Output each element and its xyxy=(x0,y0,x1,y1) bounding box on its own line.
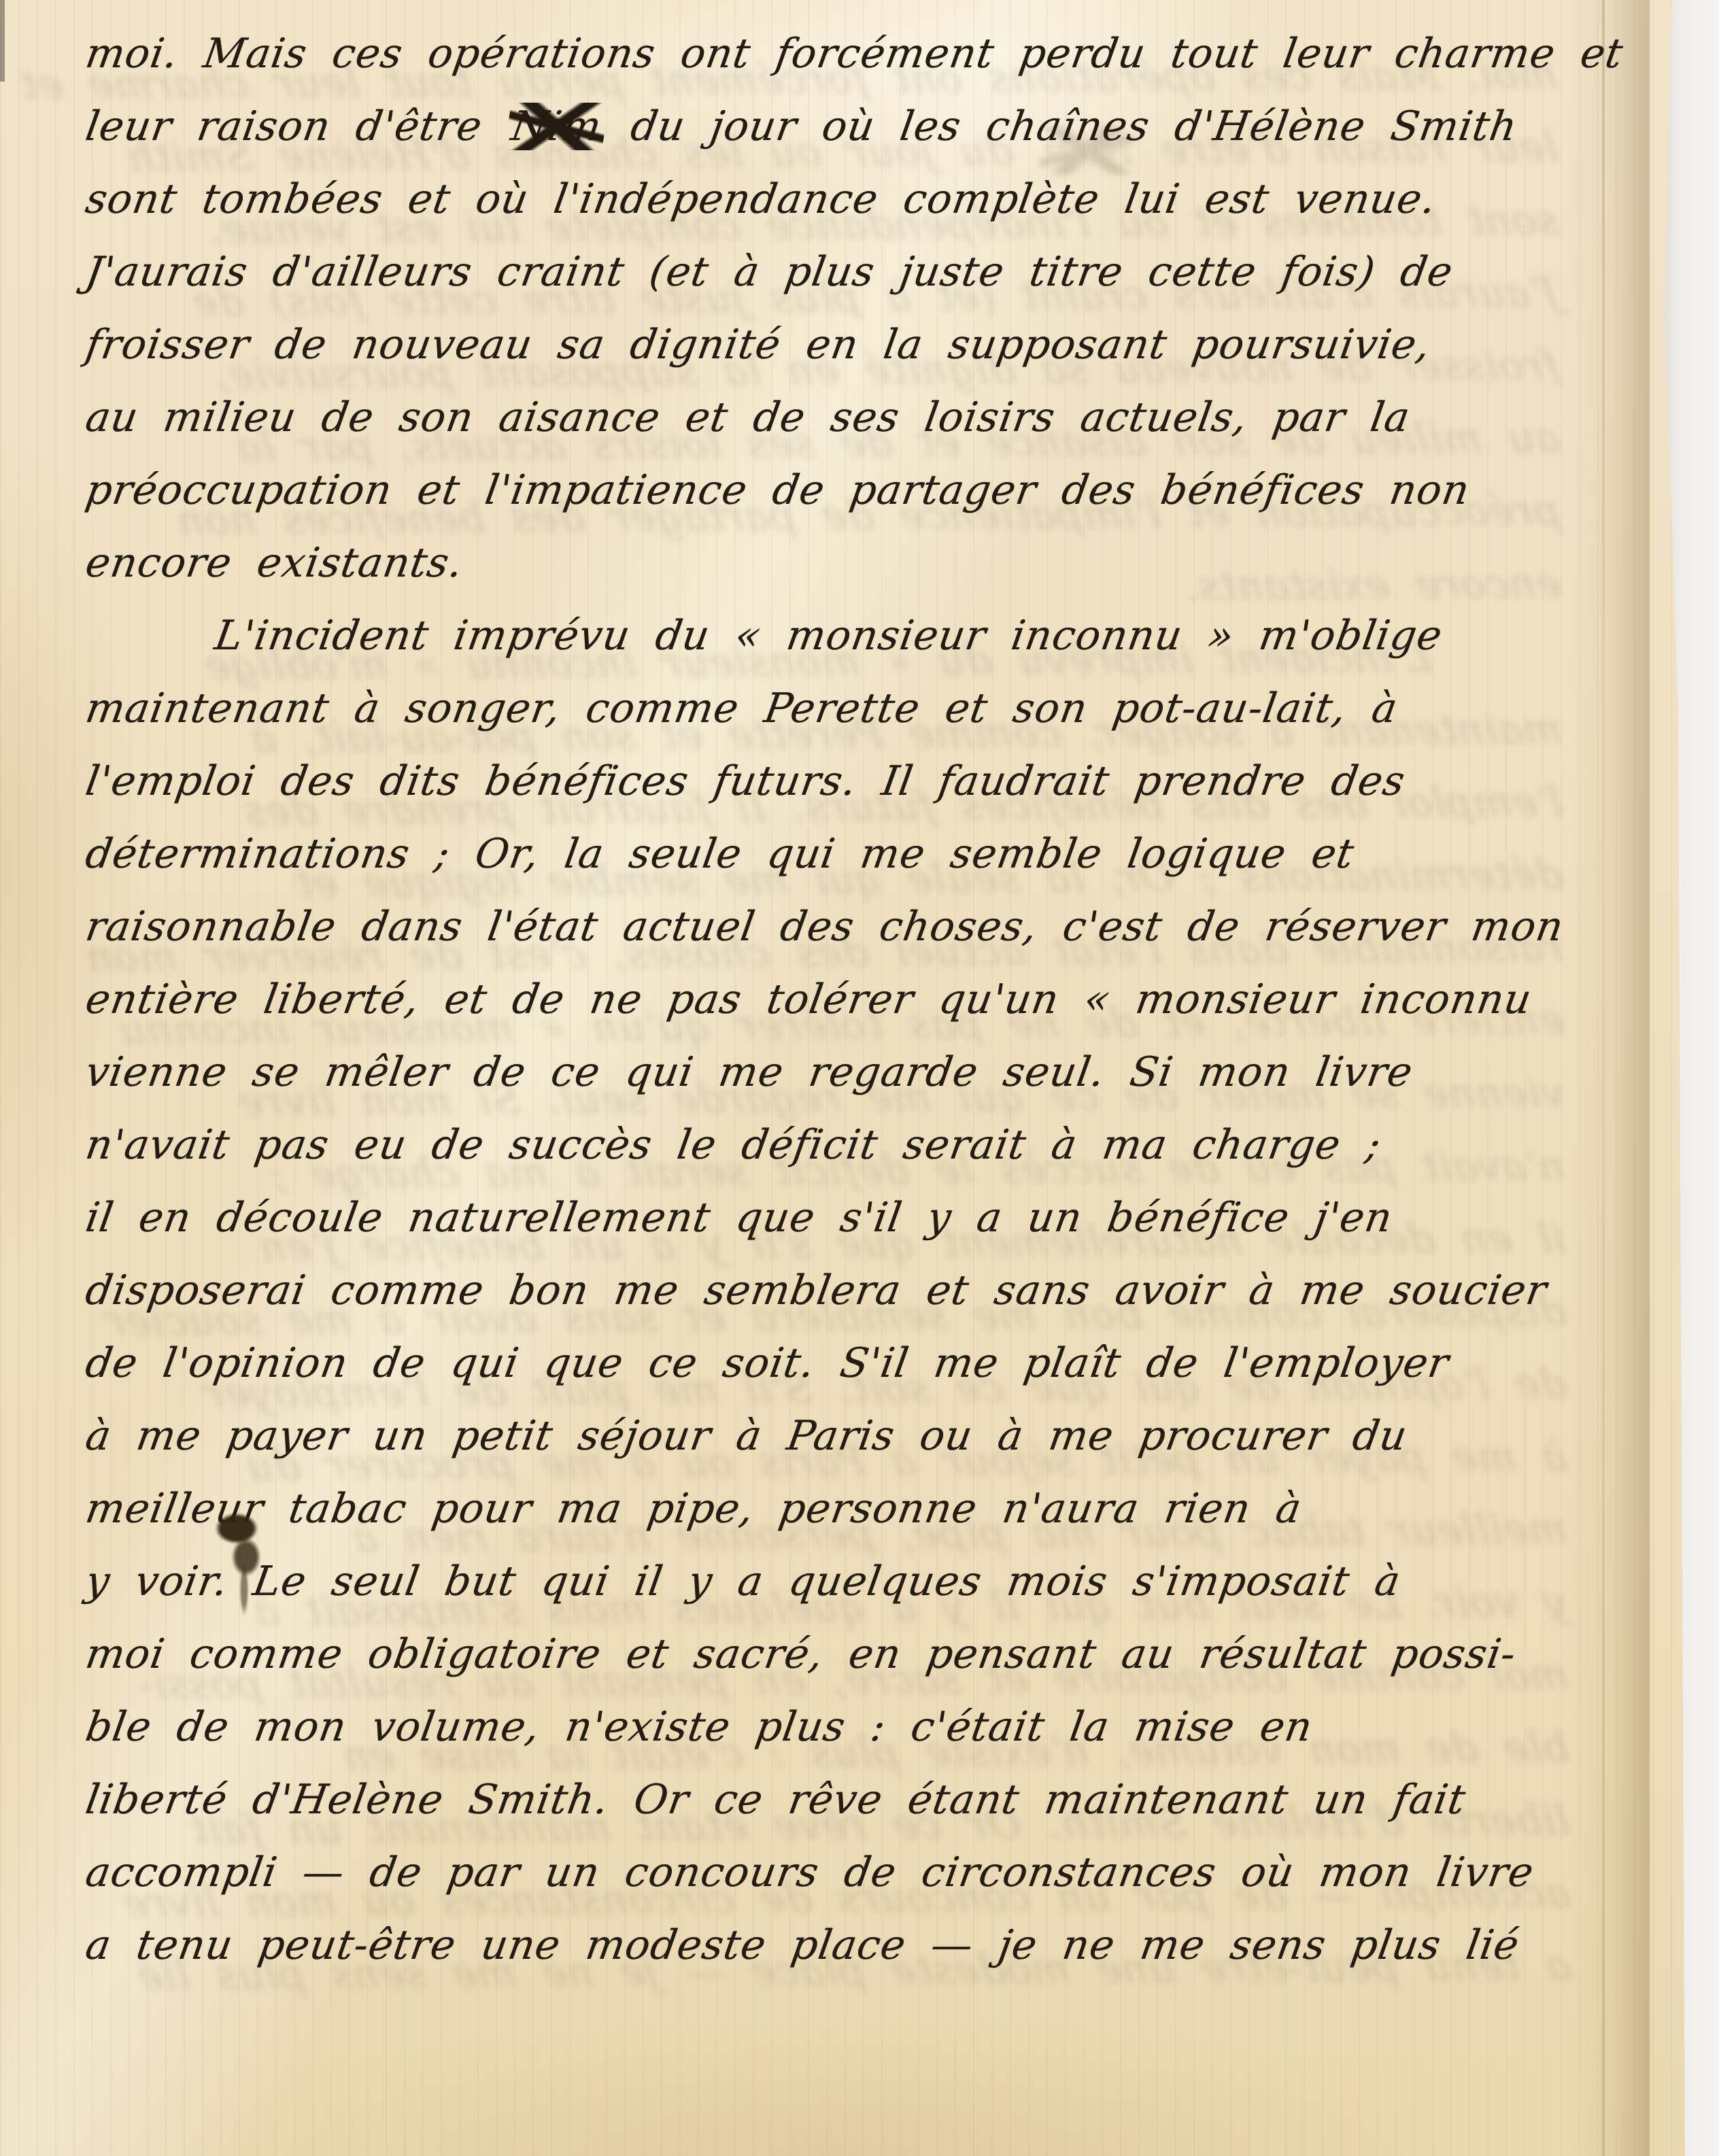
line-text: du jour où les chaînes d'Hélène Smith xyxy=(602,103,1521,150)
scan-corner-artifact xyxy=(0,0,5,82)
line-text: J'aurais d'ailleurs craint (et à plus ju… xyxy=(82,248,1457,296)
line-text: leur raison d'être xyxy=(82,103,511,150)
handwritten-line: J'aurais d'ailleurs craint (et à plus ju… xyxy=(80,236,1588,309)
handwritten-line: il en découle naturellement que s'il y a… xyxy=(80,1182,1588,1254)
line-text: moi comme obligatoire et sacré, en pensa… xyxy=(82,1630,1520,1678)
paper-fold-crease xyxy=(1602,0,1605,2156)
line-text: maintenant à songer, comme Perette et so… xyxy=(82,685,1401,732)
line-text: disposerai comme bon me semblera et sans… xyxy=(82,1267,1550,1314)
line-text: a tenu peut-être une modeste place — je … xyxy=(82,1921,1522,1969)
ink-blot xyxy=(201,1500,290,1615)
line-text: froisser de nouveau sa dignité en la sup… xyxy=(82,321,1434,369)
handwritten-line: y voir. Le seul but qui il y a quelques … xyxy=(80,1545,1588,1618)
line-text: l'emploi des dits bénéfices futurs. Il f… xyxy=(82,757,1409,805)
line-text: au milieu de son aisance et de ses loisi… xyxy=(82,394,1414,441)
handwritten-line: n'avait pas eu de succès le déficit sera… xyxy=(80,1109,1588,1182)
line-text: moi. Mais ces opérations ont forcément p… xyxy=(82,30,1627,78)
line-text: ble de mon volume, n'existe plus : c'éta… xyxy=(82,1703,1316,1751)
handwritten-line: a tenu peut-être une modeste place — je … xyxy=(80,1909,1588,1982)
handwritten-line: entière liberté, et de ne pas tolérer qu… xyxy=(80,963,1588,1036)
handwritten-line: ble de mon volume, n'existe plus : c'éta… xyxy=(80,1691,1588,1764)
handwritten-line: froisser de nouveau sa dignité en la sup… xyxy=(80,309,1588,381)
handwritten-line: encore existants. xyxy=(80,527,1588,600)
handwritten-line: accompli — de par un concours de circons… xyxy=(80,1836,1588,1909)
line-text: il en découle naturellement que s'il y a… xyxy=(82,1194,1396,1242)
line-text: L'incident imprévu du « monsieur inconnu… xyxy=(211,612,1446,660)
handwritten-line: l'emploi des dits bénéfices futurs. Il f… xyxy=(80,745,1588,818)
handwritten-line: vienne se mêler de ce qui me regarde seu… xyxy=(80,1036,1588,1109)
handwritten-line: raisonnable dans l'état actuel des chose… xyxy=(80,891,1588,963)
line-text: entière liberté, et de ne pas tolérer qu… xyxy=(82,976,1535,1023)
handwritten-line: préoccupation et l'impatience de partage… xyxy=(80,454,1588,527)
letter-body-text: moi. Mais ces opérations ont forcément p… xyxy=(80,18,1576,1982)
line-text: accompli — de par un concours de circons… xyxy=(82,1849,1537,1896)
line-text: préoccupation et l'impatience de partage… xyxy=(82,466,1473,514)
line-text: vienne se mêler de ce qui me regarde seu… xyxy=(82,1048,1416,1096)
line-text: sont tombées et où l'indépendance complè… xyxy=(82,175,1440,223)
line-text: de l'opinion de qui que ce soit. S'il me… xyxy=(82,1339,1452,1387)
line-text: raisonnable dans l'état actuel des chose… xyxy=(82,903,1567,951)
handwritten-line: maintenant à songer, comme Perette et so… xyxy=(80,672,1588,745)
handwritten-line: moi comme obligatoire et sacré, en pensa… xyxy=(80,1618,1588,1691)
handwritten-line: déterminations ; Or, la seule qui me sem… xyxy=(80,818,1588,891)
handwritten-line: L'incident imprévu du « monsieur inconnu… xyxy=(80,600,1588,672)
handwritten-line: moi. Mais ces opérations ont forcément p… xyxy=(80,18,1588,90)
line-text: n'avait pas eu de succès le déficit sera… xyxy=(82,1121,1384,1169)
handwritten-line: sont tombées et où l'indépendance complè… xyxy=(80,163,1588,236)
handwritten-line: à me payer un petit séjour à Paris ou à … xyxy=(80,1400,1588,1473)
handwritten-line: de l'opinion de qui que ce soit. S'il me… xyxy=(80,1327,1588,1400)
line-text: liberté d'Helène Smith. Or ce rêve étant… xyxy=(82,1776,1469,1824)
handwritten-line: au milieu de son aisance et de ses loisi… xyxy=(80,381,1588,454)
handwritten-line: leur raison d'être Nim du jour où les ch… xyxy=(80,90,1588,163)
line-text: à me payer un petit séjour à Paris ou à … xyxy=(82,1412,1411,1460)
handwritten-line: liberté d'Helène Smith. Or ce rêve étant… xyxy=(80,1764,1588,1836)
handwritten-line: meilleur tabac pour ma pipe, personne n'… xyxy=(80,1473,1588,1545)
letter-sheet: moi. Mais ces opérations ont forcément p… xyxy=(0,0,1685,2156)
handwritten-line: disposerai comme bon me semblera et sans… xyxy=(80,1254,1588,1327)
struck-out-word: Nim xyxy=(504,103,609,150)
scanned-letter-page: { "document": { "type": "handwritten-let… xyxy=(0,0,1719,2156)
line-text: déterminations ; Or, la seule qui me sem… xyxy=(82,830,1358,878)
line-text: encore existants. xyxy=(82,539,466,587)
